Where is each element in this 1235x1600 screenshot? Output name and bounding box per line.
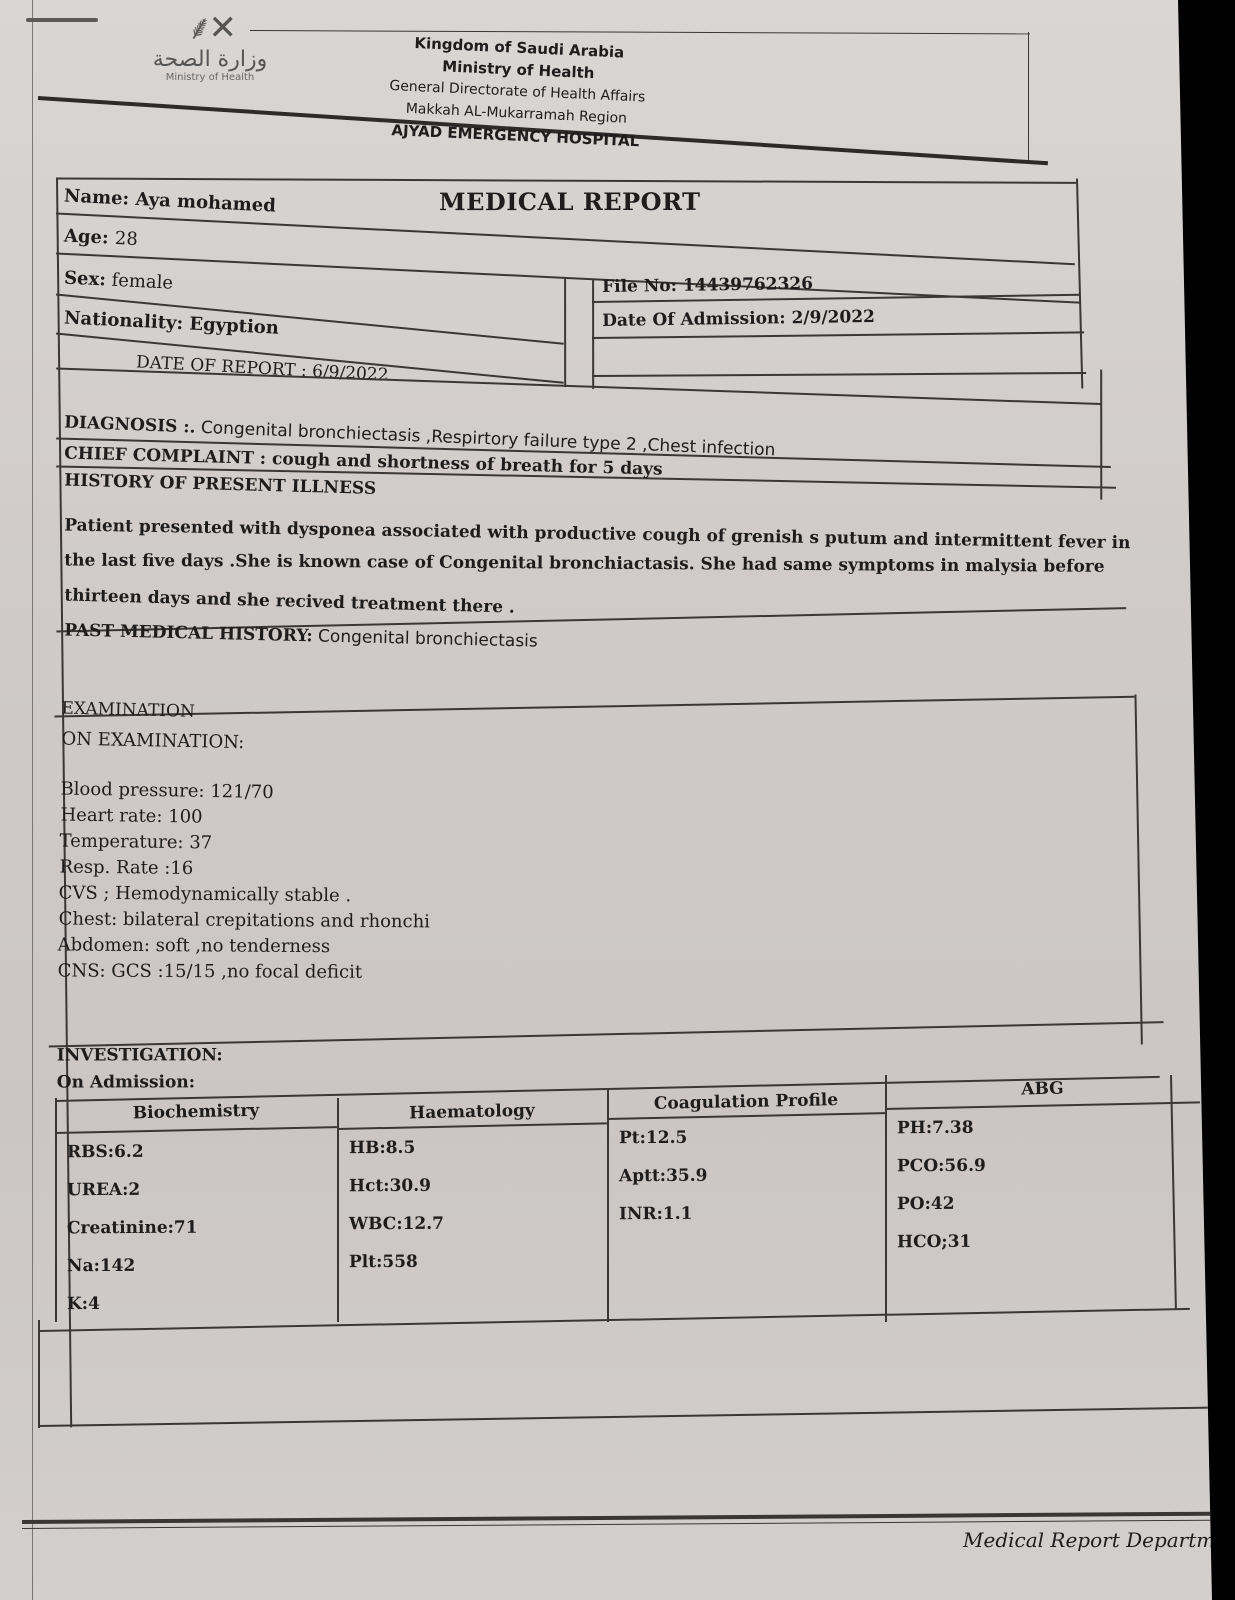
hpi-line-1: Patient presented with dysponea associat… [64, 515, 1130, 553]
form-right-border-2 [1100, 370, 1102, 500]
lab-value-biochemistry-1: RBS:6.2 [67, 1142, 144, 1162]
header-frame-top [250, 30, 1030, 34]
report-page: ⸙✕ وزارة الصحة Ministry of Health Kingdo… [0, 0, 1212, 1600]
blank-section-bottom-border [38, 1406, 1218, 1426]
lab-header-biochemistry: Biochemistry [55, 1099, 337, 1125]
name-value: Aya mohamed [135, 189, 276, 217]
nationality-label: Nationality: [64, 307, 184, 334]
lab-value-biochemistry-4: Na:142 [67, 1256, 135, 1276]
lab-value-abg-3: PO:42 [897, 1194, 955, 1214]
exam-heart-rate: Heart rate: 100 [60, 804, 202, 827]
lab-value-coagulation-profile-3: INR:1.1 [619, 1204, 693, 1224]
column-divider-2 [592, 279, 594, 389]
lab-value-coagulation-profile-2: Aptt:35.9 [619, 1166, 708, 1186]
lab-header-haematology: Haematology [337, 1099, 607, 1125]
lab-value-haematology-2: Hct:30.9 [349, 1176, 431, 1196]
admission-date-value: 2/9/2022 [791, 307, 875, 328]
examination-heading: EXAMINATION [61, 698, 195, 721]
lab-results-table: BiochemistryRBS:6.2UREA:2Creatinine:71Na… [40, 1070, 1190, 1332]
age-field: Age: 28 [64, 225, 139, 250]
lab-value-haematology-3: WBC:12.7 [349, 1214, 444, 1234]
organization-block: Kingdom of Saudi Arabia Ministry of Heal… [365, 30, 670, 153]
admission-date-field: Date Of Admission: 2/9/2022 [602, 307, 875, 331]
lab-column-divider-abg [885, 1075, 887, 1322]
lab-header-coagulation-profile: Coagulation Profile [607, 1089, 885, 1115]
chief-complaint-label: CHIEF COMPLAINT : [64, 443, 266, 468]
footer-department: Medical Report Departmen [963, 1528, 1235, 1552]
file-no-value: 14439762326 [683, 274, 813, 296]
lab-value-biochemistry-2: UREA:2 [67, 1180, 140, 1200]
sex-label: Sex: [64, 267, 107, 290]
report-title: MEDICAL REPORT [439, 187, 700, 216]
lab-column-divider-coagulation-profile [607, 1088, 609, 1322]
lab-value-coagulation-profile-1: Pt:12.5 [619, 1128, 687, 1148]
on-examination-subheading: ON EXAMINATION: [61, 728, 244, 753]
ministry-logo: ⸙✕ وزارة الصحة Ministry of Health [140, 8, 280, 108]
header-frame-right [1028, 32, 1029, 162]
form-right-border [1076, 179, 1083, 389]
file-no-label: File No: [602, 276, 677, 297]
lab-value-abg-1: PH:7.38 [897, 1118, 974, 1138]
row-divider-name [56, 212, 1075, 264]
blank-section-left-border [38, 1320, 40, 1428]
investigation-heading: INVESTIGATION: [57, 1045, 223, 1065]
footer-divider-thick [22, 1512, 1235, 1524]
nationality-value: Egyption [189, 314, 280, 339]
hpi-label: HISTORY OF PRESENT ILLNESS [64, 470, 376, 498]
row-divider-admission [592, 331, 1084, 338]
row-divider-blank [592, 372, 1086, 377]
lab-value-haematology-1: HB:8.5 [349, 1138, 415, 1158]
lab-value-haematology-4: Plt:558 [349, 1252, 418, 1272]
lab-value-abg-4: HCO;31 [897, 1232, 971, 1252]
examination-bottom-border [49, 1021, 1164, 1047]
lab-header-divider-abg [885, 1101, 1200, 1109]
exam-abdomen: Abdomen: soft ,no tenderness [58, 934, 331, 957]
exam-temperature: Temperature: 37 [59, 830, 212, 853]
hpi-line-3: thirteen days and she recived treatment … [64, 585, 515, 617]
staple-mark [26, 18, 98, 22]
sex-value: female [111, 270, 173, 294]
lab-header-divider-biochemistry [55, 1126, 337, 1133]
pmh-field: PAST MEDICAL HISTORY: Congenital bronchi… [64, 620, 538, 651]
exam-cvs: CVS ; Hemodynamically stable . [59, 882, 352, 906]
medical-report-form: MEDICAL REPORT Name: Aya mohamed Age: 28… [44, 175, 1164, 176]
pmh-bottom-border [54, 696, 1134, 717]
diagnosis-label: DIAGNOSIS :. [64, 412, 196, 437]
hpi-line-2: the last five days .She is known case of… [64, 550, 1104, 576]
lab-value-biochemistry-5: K:4 [67, 1294, 100, 1314]
logo-arabic-name: وزارة الصحة [140, 48, 280, 72]
name-label: Name: [64, 185, 130, 209]
logo-english-name: Ministry of Health [140, 72, 280, 84]
admission-date-label: Date Of Admission: [602, 308, 786, 331]
form-right-border-3 [1134, 695, 1142, 1045]
form-top-border [56, 177, 1076, 183]
exam-chest: Chest: bilateral crepitations and rhonch… [59, 908, 430, 932]
sex-field: Sex: female [64, 267, 174, 293]
column-divider-1 [564, 277, 566, 387]
exam-resp-rate: Resp. Rate :16 [59, 856, 193, 879]
palm-and-swords-emblem-icon: ⸙✕ [140, 8, 280, 48]
report-date-label: DATE OF REPORT : [136, 352, 308, 381]
pmh-label: PAST MEDICAL HISTORY: [64, 620, 313, 646]
age-label: Age: [64, 225, 110, 248]
exam-blood-pressure: Blood pressure: 121/70 [60, 778, 273, 803]
lab-header-abg: ABG [885, 1076, 1200, 1103]
page-edge-line [32, 0, 33, 1600]
report-date-field: DATE OF REPORT : 6/9/2022 [136, 352, 389, 385]
name-field: Name: Aya mohamed [64, 185, 277, 216]
exam-cns: CNS: GCS :15/15 ,no focal deficit [58, 960, 363, 982]
lab-value-biochemistry-3: Creatinine:71 [67, 1218, 198, 1239]
pmh-value: Congenital bronchiectasis [318, 626, 538, 651]
lab-value-abg-2: PCO:56.9 [897, 1156, 986, 1176]
age-value: 28 [114, 228, 138, 250]
report-date-value: 6/9/2022 [312, 361, 389, 385]
lab-column-divider-haematology [337, 1098, 339, 1322]
lab-table-right-border [1170, 1075, 1176, 1310]
file-no-field: File No: 14439762326 [602, 274, 813, 297]
